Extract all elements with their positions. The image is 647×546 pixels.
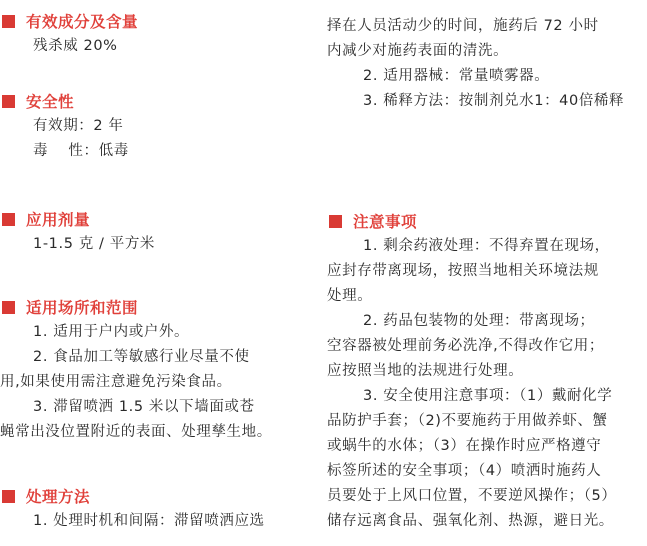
heading-text: 应用剂量 [26,208,90,230]
section-heading: 应用剂量 [0,206,325,232]
text-line: 1. 处理时机和间隔：滞留喷洒应选 [0,509,325,534]
heading-text: 注意事项 [353,210,417,232]
text-line: 或蜗牛的水体；（3）在操作时应严格遵守 [327,434,647,459]
heading-text: 有效成分及含量 [26,10,138,32]
text-line: 3. 稀释方法：按制剂兑水1：40倍稀释 [327,89,647,114]
text-line: 处理。 [327,284,647,309]
text-line: 员要处于上风口位置，不要逆风操作；（5） [327,484,647,509]
text-line: 储存远离食品、强氧化剂、热源，避日光。 [327,509,647,534]
square-bullet-icon [2,490,15,503]
section-dosage: 应用剂量 1-1.5 克 / 平方米 [0,206,325,257]
text-line: 品防护手套；（2)不要施药于用做养虾、蟹 [327,409,647,434]
text-line: 择在人员活动少的时间，施药后 72 小时 [327,14,647,39]
text-line: 用,如果使用需注意避免污染食品。 [0,370,325,395]
text-line: 应按照当地的法规进行处理。 [327,359,647,384]
method-continuation: 择在人员活动少的时间，施药后 72 小时 内减少对施药表面的清洗。 2. 适用器… [327,14,647,114]
text-line: 蝇常出没位置附近的表面、处理孳生地。 [0,420,325,445]
text-line: 1-1.5 克 / 平方米 [0,232,325,257]
text-line: 毒 性：低毒 [0,139,325,164]
section-heading: 有效成分及含量 [0,8,325,34]
section-notes: 注意事项 1. 剩余药液处理：不得弃置在现场， 应封存带离现场，按照当地相关环境… [327,208,647,534]
section-scope: 适用场所和范围 1. 适用于户内或户外。 2. 食品加工等敏感行业尽量不使 用,… [0,294,325,445]
heading-text: 安全性 [26,90,74,112]
square-bullet-icon [2,95,15,108]
text-line: 1. 剩余药液处理：不得弃置在现场， [327,234,647,259]
section-heading: 处理方法 [0,483,325,509]
section-method: 处理方法 1. 处理时机和间隔：滞留喷洒应选 [0,483,325,534]
square-bullet-icon [2,15,15,28]
section-safety: 安全性 有效期：2 年 毒 性：低毒 [0,88,325,164]
text-line: 2. 药品包装物的处理：带离现场； [327,309,647,334]
section-heading: 注意事项 [327,208,647,234]
square-bullet-icon [2,213,15,226]
text-line: 空容器被处理前务必洗净,不得改作它用； [327,334,647,359]
text-line: 2. 食品加工等敏感行业尽量不使 [0,345,325,370]
text-line: 标签所述的安全事项；（4）喷洒时施药人 [327,459,647,484]
text-line: 有效期：2 年 [0,114,325,139]
square-bullet-icon [2,301,15,314]
text-line: 应封存带离现场，按照当地相关环境法规 [327,259,647,284]
text-line: 1. 适用于户内或户外。 [0,320,325,345]
text-line: 内减少对施药表面的清洗。 [327,39,647,64]
section-heading: 适用场所和范围 [0,294,325,320]
heading-text: 适用场所和范围 [26,296,138,318]
heading-text: 处理方法 [26,485,90,507]
section-heading: 安全性 [0,88,325,114]
text-line: 2. 适用器械：常量喷雾器。 [327,64,647,89]
text-line: 3. 安全使用注意事项：（1）戴耐化学 [327,384,647,409]
section-active-ingredient: 有效成分及含量 残杀威 20% [0,8,325,59]
text-line: 残杀威 20% [0,34,325,59]
square-bullet-icon [329,215,342,228]
text-line: 3. 滞留喷洒 1.5 米以下墙面或苍 [0,395,325,420]
